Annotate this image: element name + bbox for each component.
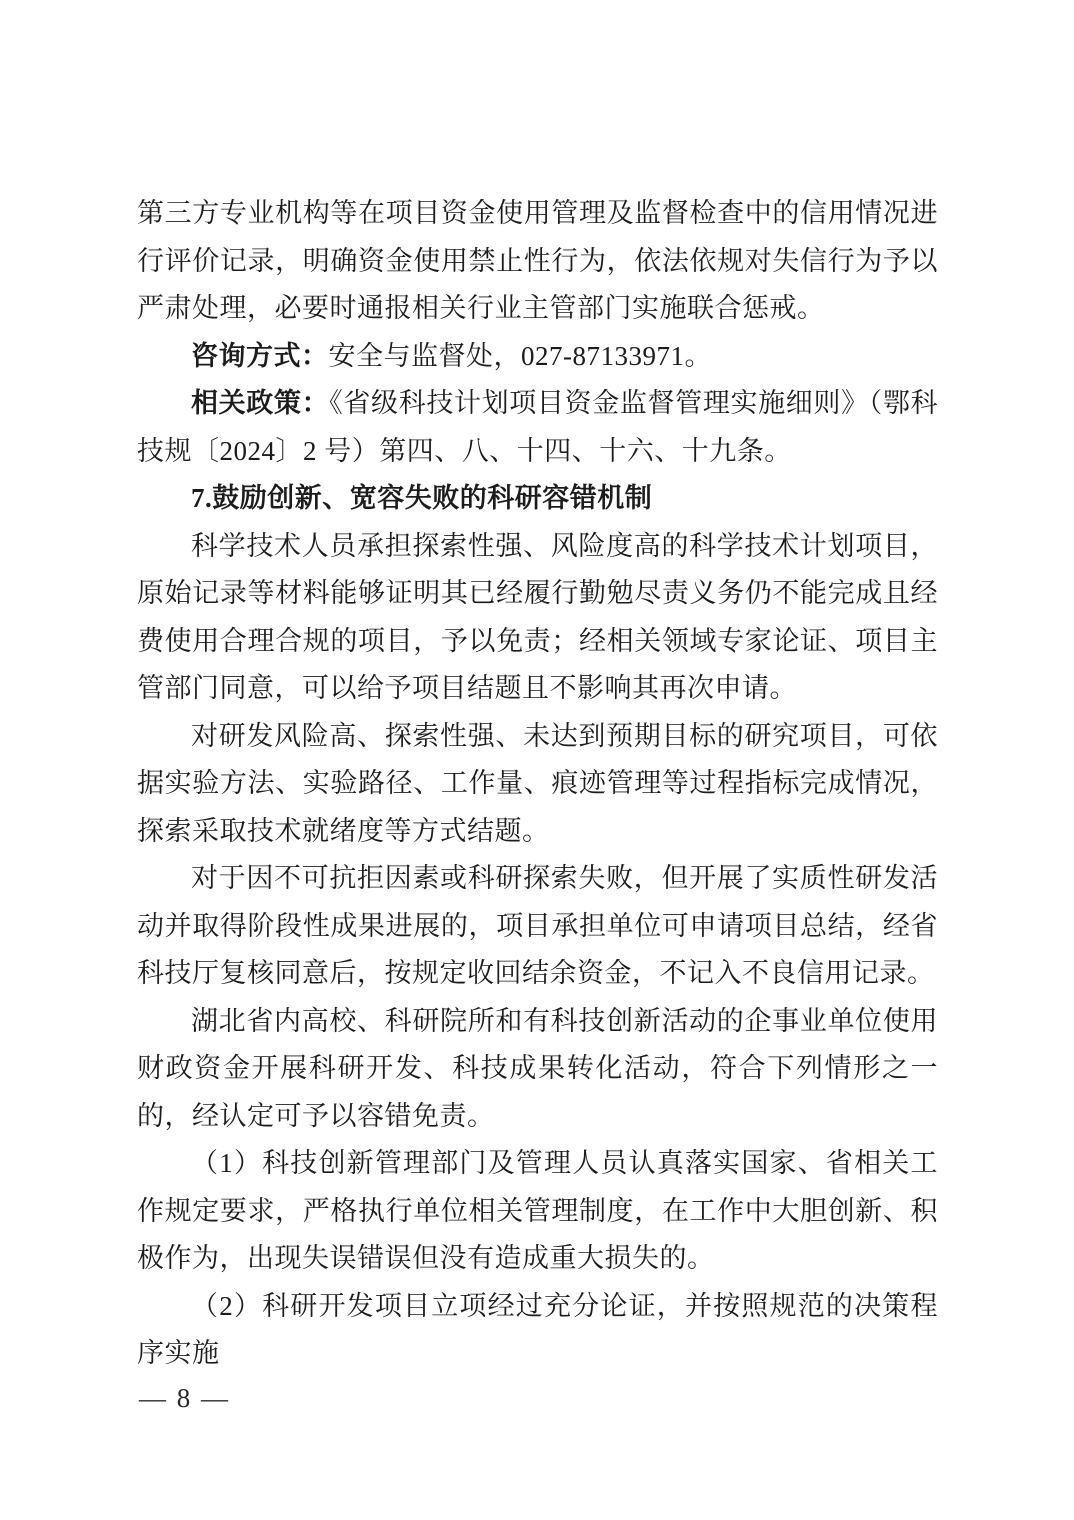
paragraph-item-2: （2）科研开发项目立项经过充分论证，并按照规范的决策程序实施 bbox=[137, 1283, 938, 1378]
paragraph-item-1: （1）科技创新管理部门及管理人员认真落实国家、省相关工作规定要求，严格执行单位相… bbox=[137, 1140, 938, 1283]
paragraph-consult-method: 咨询方式：安全与监督处，027-87133971。 bbox=[137, 333, 938, 381]
paragraph-hubei-institutions: 湖北省内高校、科研院所和有科技创新活动的企事业单位使用财政资金开展科研开发、科技… bbox=[137, 998, 938, 1141]
section-heading-7: 7.鼓励创新、宽容失败的科研容错机制 bbox=[137, 475, 938, 523]
paragraph-force-majeure: 对于因不可抗拒因素或科研探索失败，但开展了实质性研发活动并取得阶段性成果进展的，… bbox=[137, 855, 938, 998]
paragraph-related-policy: 相关政策：《省级科技计划项目资金监督管理实施细则》（鄂科技规〔2024〕2 号）… bbox=[137, 380, 938, 475]
paragraph-high-risk-projects: 对研发风险高、探索性强、未达到预期目标的研究项目，可依据实验方法、实验路径、工作… bbox=[137, 713, 938, 856]
consult-method-label: 咨询方式： bbox=[191, 341, 329, 371]
paragraph-credit-record-continuation: 第三方专业机构等在项目资金使用管理及监督检查中的信用情况进行评价记录，明确资金使… bbox=[137, 190, 938, 333]
paragraph-exemption-conditions: 科学技术人员承担探索性强、风险度高的科学技术计划项目，原始记录等材料能够证明其已… bbox=[137, 523, 938, 713]
page-footer: — 8 — bbox=[139, 1380, 230, 1416]
document-body: 第三方专业机构等在项目资金使用管理及监督检查中的信用情况进行评价记录，明确资金使… bbox=[137, 190, 938, 1378]
page-number: — 8 — bbox=[139, 1383, 230, 1413]
consult-method-text: 安全与监督处，027-87133971。 bbox=[329, 341, 713, 371]
document-page: 第三方专业机构等在项目资金使用管理及监督检查中的信用情况进行评价记录，明确资金使… bbox=[0, 0, 1074, 1520]
related-policy-label: 相关政策： bbox=[191, 388, 329, 418]
